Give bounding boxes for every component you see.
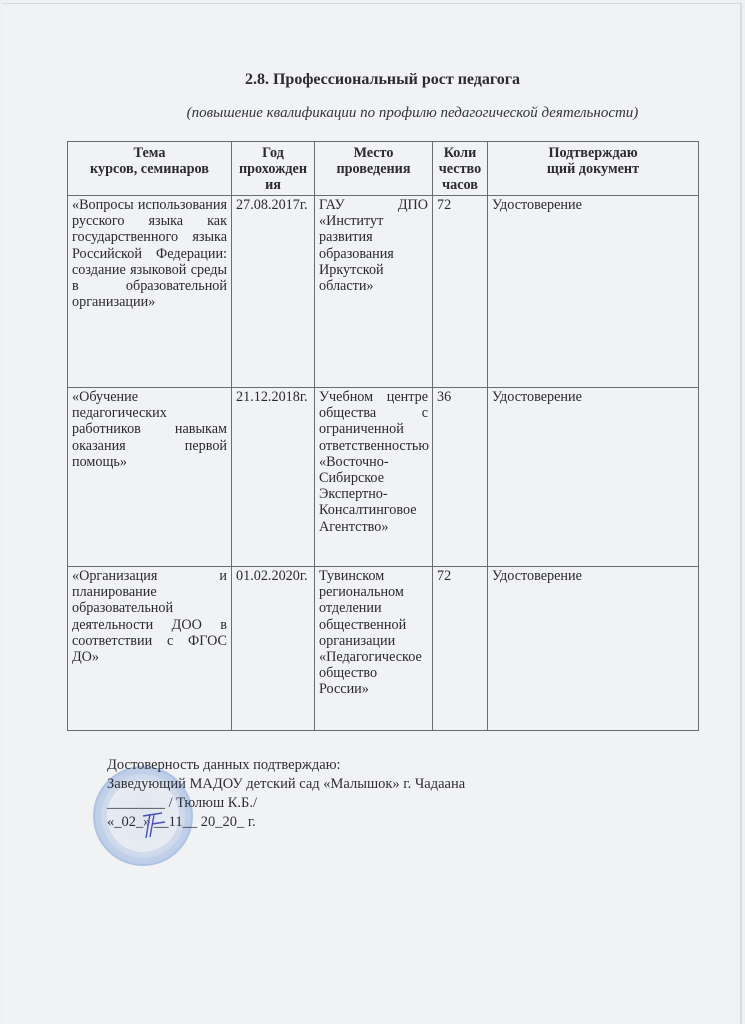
cell-date: 01.02.2020г. [232, 567, 315, 731]
document-subtitle: (повышение квалификации по профилю педаг… [0, 105, 745, 122]
cell-hours: 72 [433, 196, 488, 388]
cell-hours: 72 [433, 567, 488, 731]
cell-document: Удостоверение [488, 196, 699, 388]
table-row: «Вопросы использования русского языка ка… [68, 196, 699, 388]
cell-date: 27.08.2017г. [232, 196, 315, 388]
table-row: «Обучение педагогических работников навы… [68, 388, 699, 567]
cell-topic: «Обучение педагогических работников навы… [68, 388, 232, 567]
cell-place: Учебном центре общества с ограниченной о… [315, 388, 433, 567]
courses-table: Темакурсов, семинаров Годпрохождения Мес… [67, 141, 699, 731]
header-topic: Темакурсов, семинаров [68, 142, 232, 196]
table-header-row: Темакурсов, семинаров Годпрохождения Мес… [68, 142, 699, 196]
cell-hours: 36 [433, 388, 488, 567]
table-row: «Организация и планирование образователь… [68, 567, 699, 731]
cell-document: Удостоверение [488, 567, 699, 731]
cell-topic: «Вопросы использования русского языка ка… [68, 196, 232, 388]
cell-topic: «Организация и планирование образователь… [68, 567, 232, 731]
signature-mark [140, 810, 170, 840]
header-hours: Количествочасов [433, 142, 488, 196]
cell-place: Тувинском региональном отделении обществ… [315, 567, 433, 731]
cell-date: 21.12.2018г. [232, 388, 315, 567]
header-place: Местопроведения [315, 142, 433, 196]
cell-place: ГАУ ДПО «Институт развития образования И… [315, 196, 433, 388]
signer-position: Заведующий МАДОУ детский сад «Малышок» г… [107, 775, 465, 794]
header-year: Годпрохождения [232, 142, 315, 196]
document-title: 2.8. Профессиональный рост педагога [0, 71, 745, 89]
cell-document: Удостоверение [488, 388, 699, 567]
header-document: Подтверждающий документ [488, 142, 699, 196]
confirmation-line: Достоверность данных подтверждаю: [107, 756, 465, 775]
